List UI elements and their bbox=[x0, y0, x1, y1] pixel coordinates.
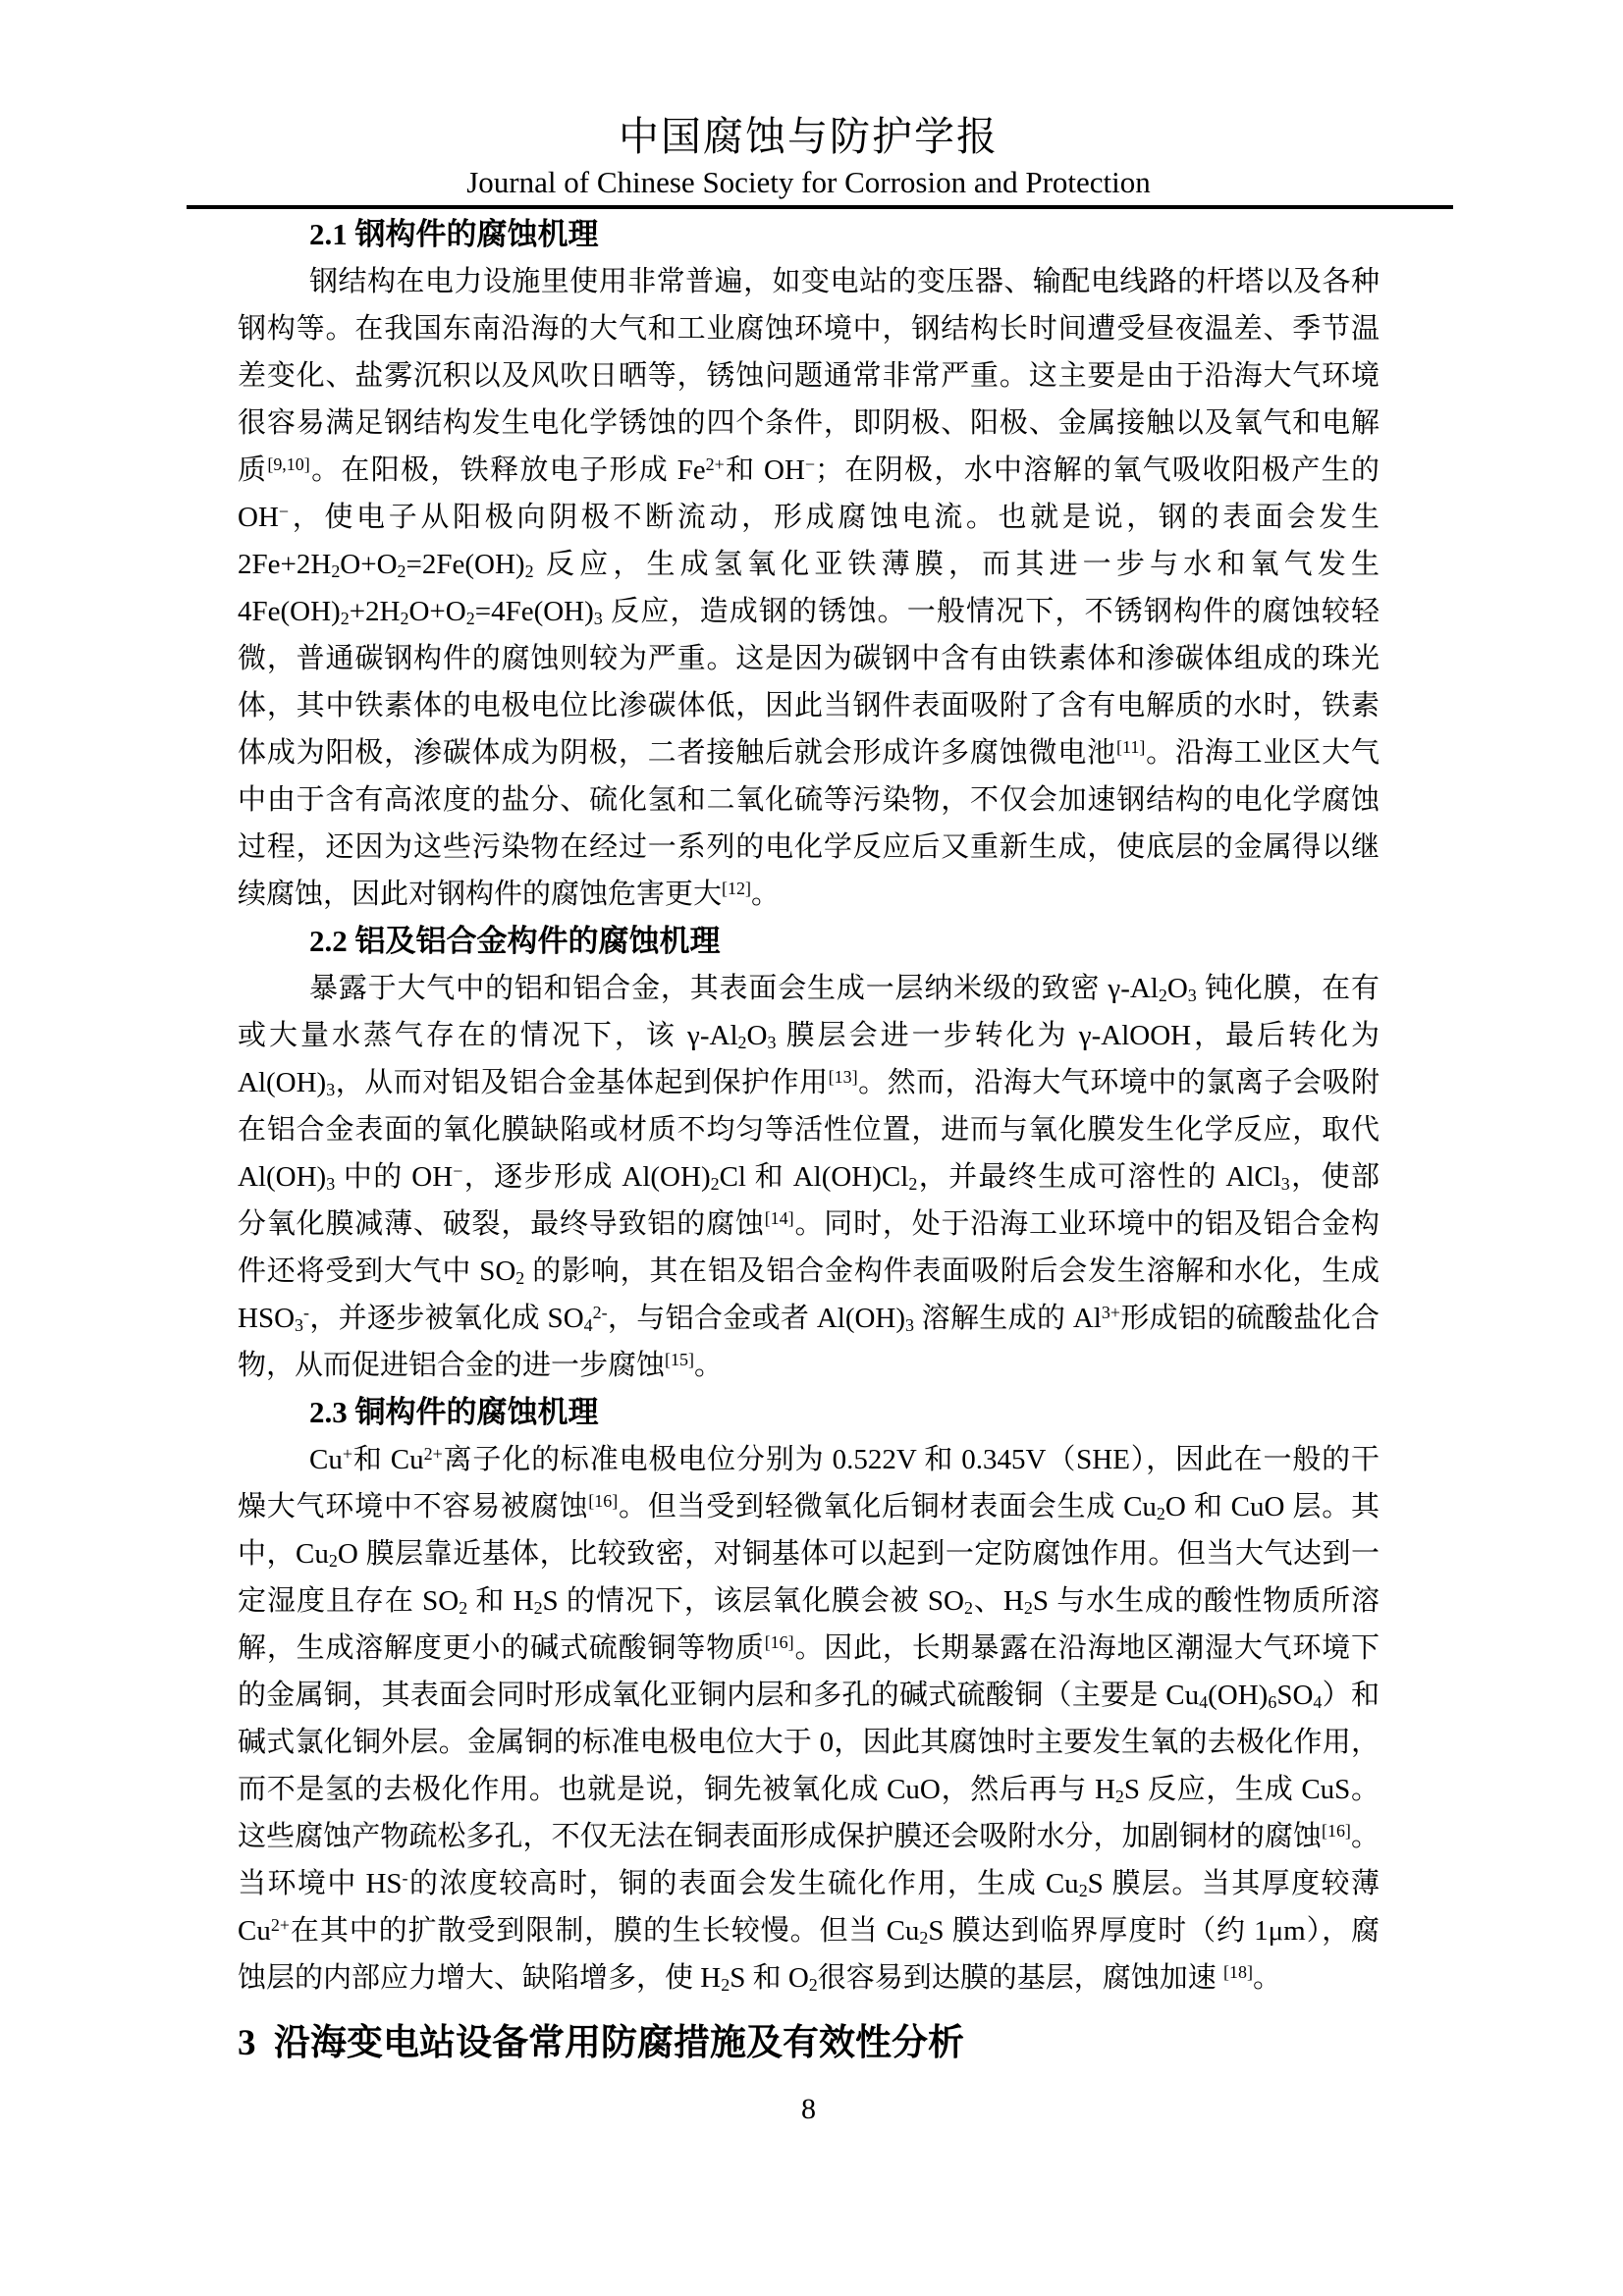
text-line: 中由于含有高浓度的盐分、硫化氢和二氧化硫等污染物，不仅会加速钢结构的电化学腐蚀 bbox=[238, 776, 1380, 824]
section-2-3-paragraph: Cu+和 Cu2+离子化的标准电极电位分别为 0.522V 和 0.345V（S… bbox=[238, 1436, 1380, 2002]
text-line: 4Fe(OH)2+2H2O+O2=4Fe(OH)3 反应，造成钢的锈蚀。一般情况… bbox=[238, 588, 1380, 635]
text-line: 碱式氯化铜外层。金属铜的标准电极电位大于 0，因此其腐蚀时主要发生氧的去极化作用… bbox=[238, 1719, 1380, 1766]
text-line: 很容易满足钢结构发生电化学锈蚀的四个条件，即阴极、阳极、金属接触以及氧气和电解 bbox=[238, 400, 1380, 447]
page-number: 8 bbox=[801, 2093, 816, 2125]
text-line: Al(OH)3 中的 OH−，逐步形成 Al(OH)2Cl 和 Al(OH)Cl… bbox=[238, 1153, 1380, 1201]
page-footer: 8 bbox=[238, 2088, 1380, 2131]
text-line: Al(OH)3，从而对铝及铝合金基体起到保护作用[13]。然而，沿海大气环境中的… bbox=[238, 1059, 1380, 1106]
text-line: 燥大气环境中不容易被腐蚀[16]。但当受到轻微氧化后铜材表面会生成 Cu2O 和… bbox=[238, 1483, 1380, 1530]
text-line: 或大量水蒸气存在的情况下，该 γ-Al2O3 膜层会进一步转化为 γ-AlOOH… bbox=[238, 1012, 1380, 1059]
text-line: 差变化、盐雾沉积以及风吹日晒等，锈蚀问题通常非常严重。这主要是由于沿海大气环境 bbox=[238, 352, 1380, 400]
text-line: 件还将受到大气中 SO2 的影响，其在铝及铝合金构件表面吸附后会发生溶解和水化，… bbox=[238, 1248, 1380, 1295]
text-line: 体成为阳极，渗碳体成为阴极，二者接触后就会形成许多腐蚀微电池[11]。沿海工业区… bbox=[238, 729, 1380, 776]
journal-title-en: Journal of Chinese Society for Corrosion… bbox=[238, 168, 1380, 197]
section-2-1-paragraph: 钢结构在电力设施里使用非常普遍，如变电站的变压器、输配电线路的杆塔以及各种钢构等… bbox=[238, 258, 1380, 918]
text-line: Cu+和 Cu2+离子化的标准电极电位分别为 0.522V 和 0.345V（S… bbox=[238, 1436, 1380, 1483]
text-line: HSO3-，并逐步被氧化成 SO42-，与铝合金或者 Al(OH)3 溶解生成的… bbox=[238, 1295, 1380, 1342]
section-2-2: 2.2 铝及铝合金构件的腐蚀机理 暴露于大气中的铝和铝合金，其表面会生成一层纳米… bbox=[238, 918, 1380, 1389]
text-line: 续腐蚀，因此对钢构件的腐蚀危害更大[12]。 bbox=[238, 871, 1380, 918]
text-line: 而不是氢的去极化作用。也就是说，铜先被氧化成 CuO，然后再与 H2S 反应，生… bbox=[238, 1766, 1380, 1813]
text-line: Cu2+在其中的扩散受到限制，膜的生长较慢。但当 Cu2S 膜达到临界厚度时（约… bbox=[238, 1907, 1380, 1954]
section-2-3-heading: 2.3 铜构件的腐蚀机理 bbox=[238, 1389, 1380, 1436]
text-line: 体，其中铁素体的电极电位比渗碳体低，因此当钢件表面吸附了含有电解质的水时，铁素 bbox=[238, 682, 1380, 729]
text-line: 中，Cu2O 膜层靠近基体，比较致密，对铜基体可以起到一定防腐蚀作用。但当大气达… bbox=[238, 1530, 1380, 1577]
text-line: 钢结构在电力设施里使用非常普遍，如变电站的变压器、输配电线路的杆塔以及各种 bbox=[238, 258, 1380, 305]
section-3-heading: 3 沿海变电站设备常用防腐措施及有效性分析 bbox=[238, 2015, 1380, 2072]
text-line: OH−，使电子从阳极向阴极不断流动，形成腐蚀电流。也就是说，钢的表面会发生 bbox=[238, 494, 1380, 541]
text-line: 微，普通碳钢构件的腐蚀则较为严重。这是因为碳钢中含有由铁素体和渗碳体组成的珠光 bbox=[238, 635, 1380, 682]
text-line: 蚀层的内部应力增大、缺陷增多，使 H2S 和 O2很容易到达膜的基层，腐蚀加速 … bbox=[238, 1954, 1380, 2002]
section-2-3: 2.3 铜构件的腐蚀机理 Cu+和 Cu2+离子化的标准电极电位分别为 0.52… bbox=[238, 1389, 1380, 2002]
document-body: 2.1 钢构件的腐蚀机理 钢结构在电力设施里使用非常普遍，如变电站的变压器、输配… bbox=[238, 211, 1380, 2072]
section-2-1: 2.1 钢构件的腐蚀机理 钢结构在电力设施里使用非常普遍，如变电站的变压器、输配… bbox=[238, 211, 1380, 918]
document-page: 中国腐蚀与防护学报 Journal of Chinese Society for… bbox=[0, 0, 1623, 2296]
text-line: 定湿度且存在 SO2 和 H2S 的情况下，该层氧化膜会被 SO2、H2S 与水… bbox=[238, 1577, 1380, 1625]
text-line: 解，生成溶解度更小的碱式硫酸铜等物质[16]。因此，长期暴露在沿海地区潮湿大气环… bbox=[238, 1625, 1380, 1672]
text-line: 在铝合金表面的氧化膜缺陷或材质不均匀等活性位置，进而与氧化膜发生化学反应，取代 bbox=[238, 1106, 1380, 1153]
section-2-2-paragraph: 暴露于大气中的铝和铝合金，其表面会生成一层纳米级的致密 γ-Al2O3 钝化膜，… bbox=[238, 965, 1380, 1389]
header-rule bbox=[187, 205, 1453, 209]
section-2-2-heading: 2.2 铝及铝合金构件的腐蚀机理 bbox=[238, 918, 1380, 965]
text-line: 分氧化膜减薄、破裂，最终导致铝的腐蚀[14]。同时，处于沿海工业环境中的铝及铝合… bbox=[238, 1201, 1380, 1248]
text-line: 质[9,10]。在阳极，铁释放电子形成 Fe2+和 OH−；在阴极，水中溶解的氧… bbox=[238, 447, 1380, 494]
page-header: 中国腐蚀与防护学报 Journal of Chinese Society for… bbox=[238, 0, 1380, 209]
journal-title-zh: 中国腐蚀与防护学报 bbox=[238, 114, 1380, 159]
text-line: 这些腐蚀产物疏松多孔，不仅无法在铜表面形成保护膜还会吸附水分，加剧铜材的腐蚀[1… bbox=[238, 1813, 1380, 1860]
text-line: 的金属铜，其表面会同时形成氧化亚铜内层和多孔的碱式硫酸铜（主要是 Cu4(OH)… bbox=[238, 1672, 1380, 1719]
text-line: 钢构等。在我国东南沿海的大气和工业腐蚀环境中，钢结构长时间遭受昼夜温差、季节温 bbox=[238, 305, 1380, 352]
text-line: 过程，还因为这些污染物在经过一系列的电化学反应后又重新生成，使底层的金属得以继 bbox=[238, 824, 1380, 871]
text-line: 暴露于大气中的铝和铝合金，其表面会生成一层纳米级的致密 γ-Al2O3 钝化膜，… bbox=[238, 965, 1380, 1012]
section-2-1-heading: 2.1 钢构件的腐蚀机理 bbox=[238, 211, 1380, 258]
text-line: 物，从而促进铝合金的进一步腐蚀[15]。 bbox=[238, 1342, 1380, 1389]
text-line: 当环境中 HS-的浓度较高时，铜的表面会发生硫化作用，生成 Cu2S 膜层。当其… bbox=[238, 1860, 1380, 1907]
text-line: 2Fe+2H2O+O2=2Fe(OH)2 反应，生成氢氧化亚铁薄膜，而其进一步与… bbox=[238, 541, 1380, 588]
